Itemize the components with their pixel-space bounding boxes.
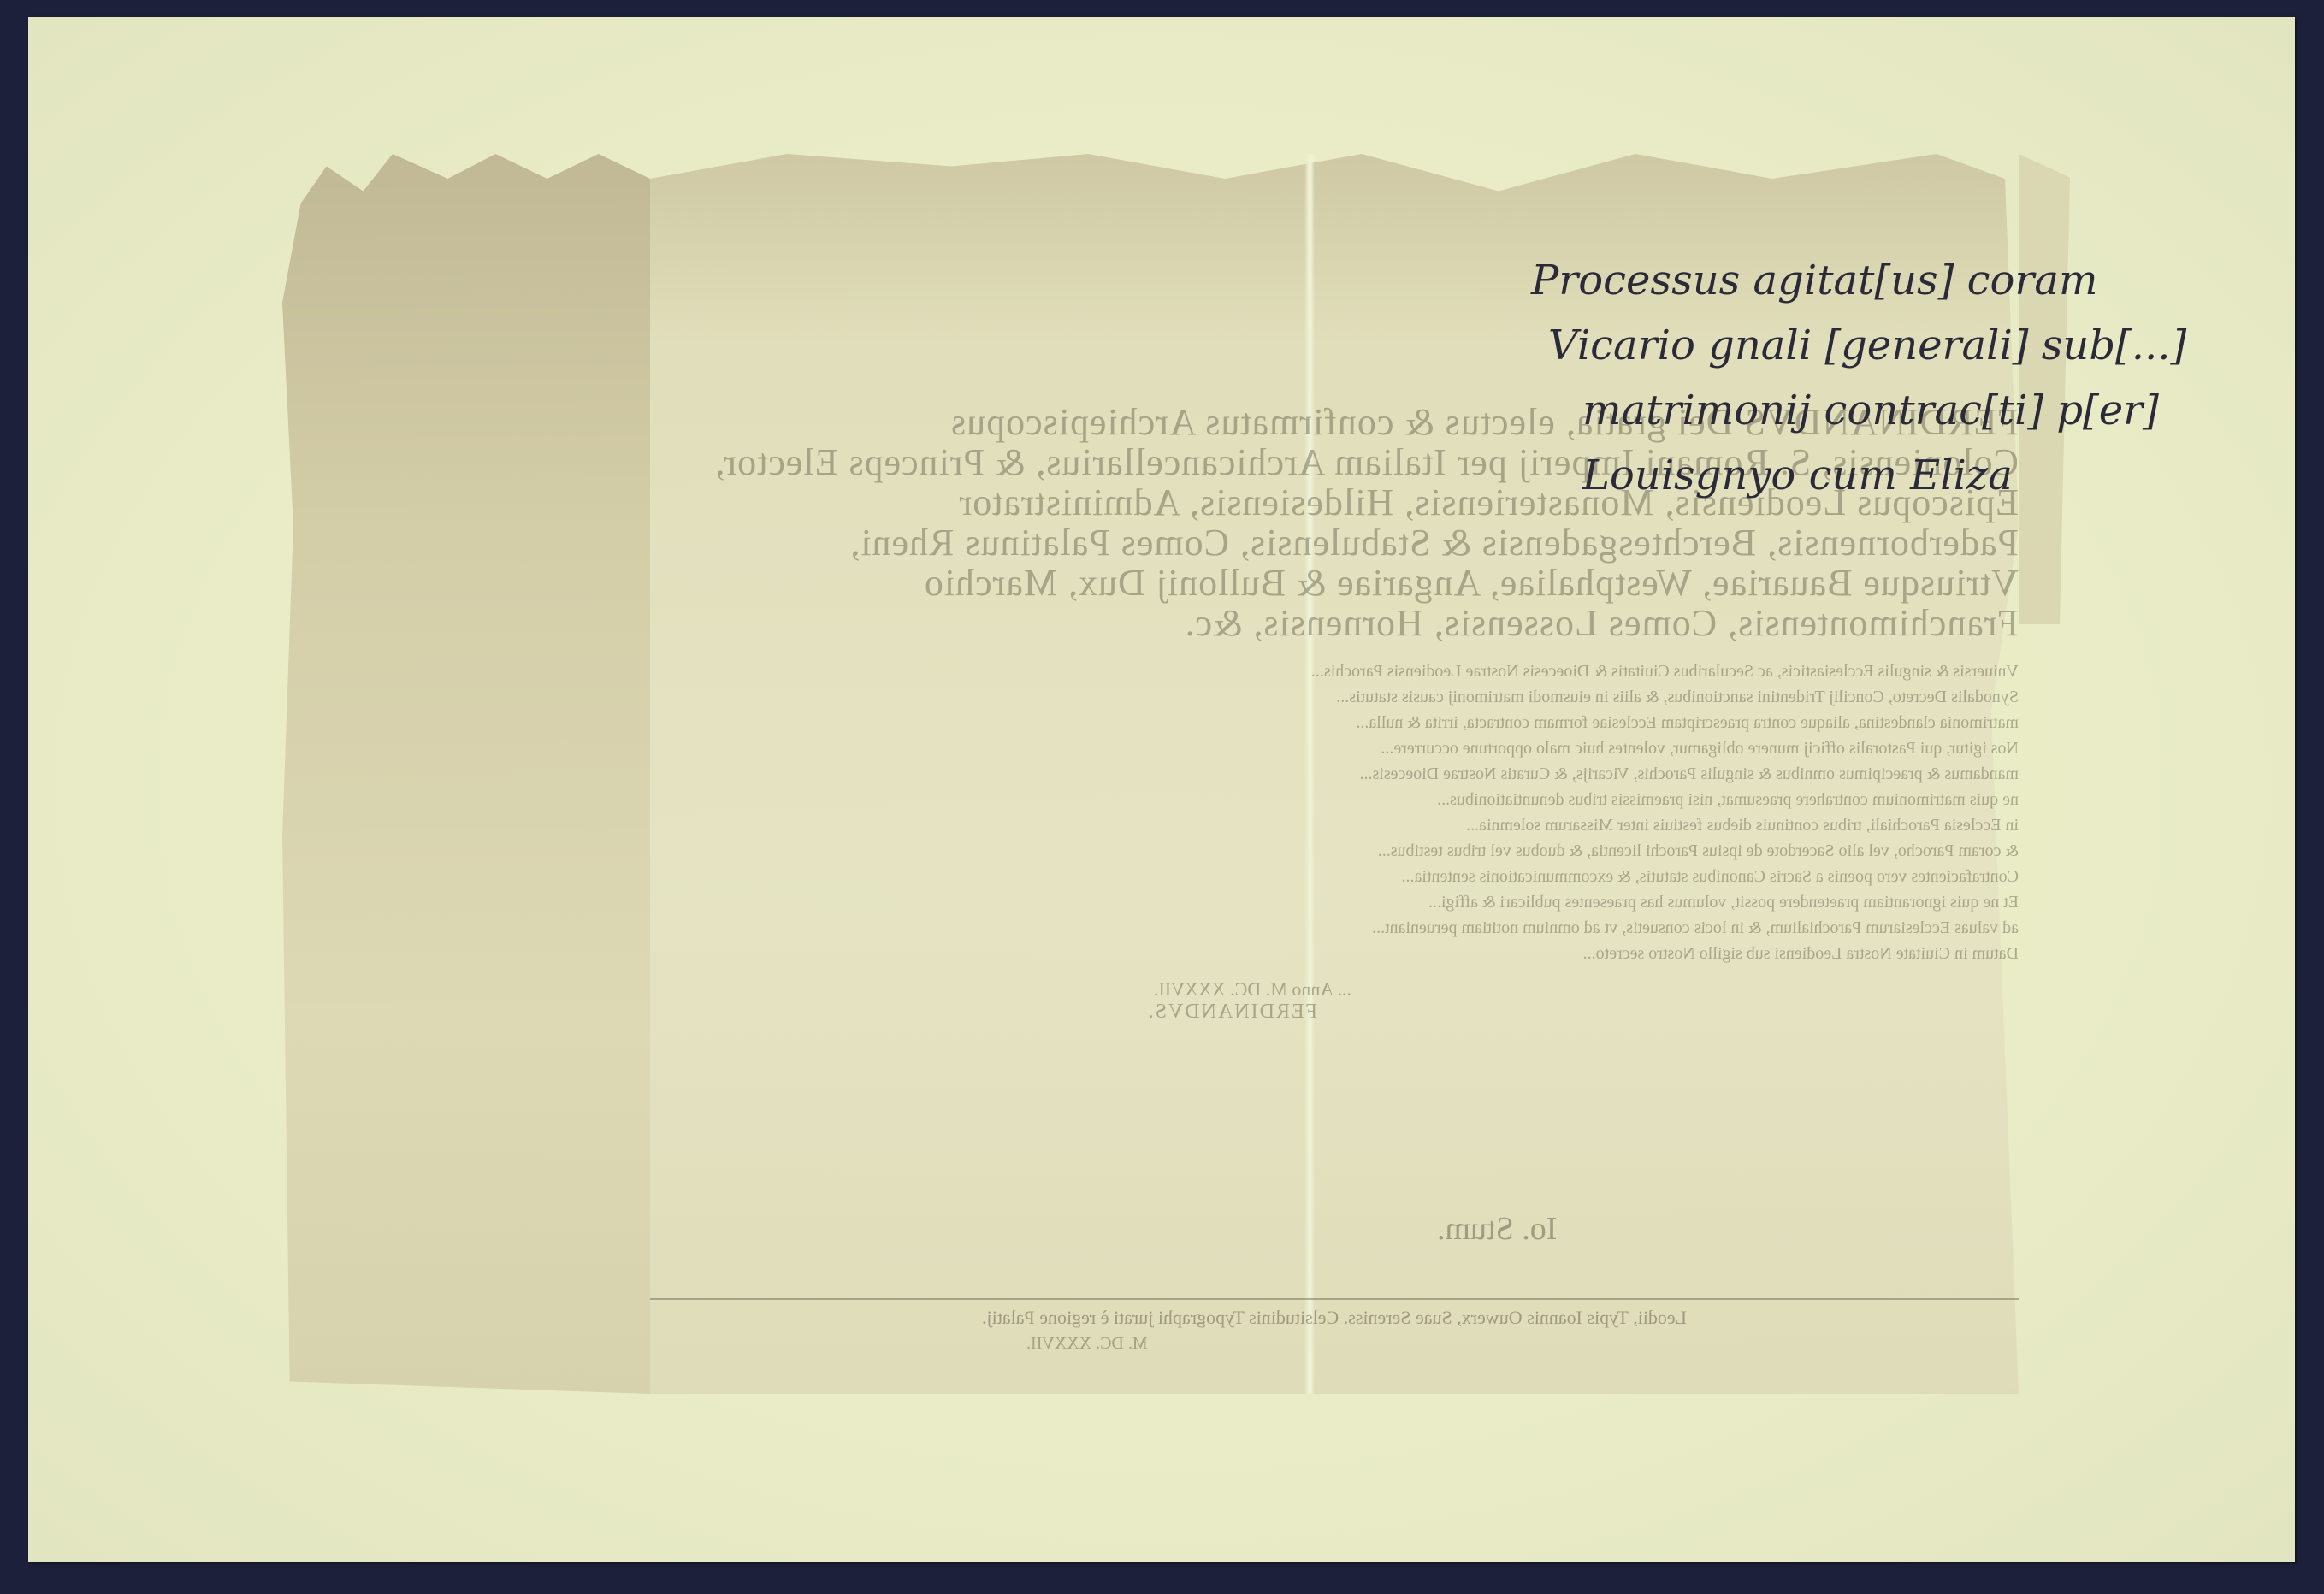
body-line: Vniuersis & singulis Ecclesiasticis, ac … bbox=[650, 658, 2019, 684]
body-line: in Ecclesia Parochiali, tribus continuis… bbox=[650, 812, 2019, 838]
heading-line: Paderbornensis, Berchtesgadensis & Stabu… bbox=[650, 522, 2019, 563]
body-line: ad valuas Ecclesiarum Parochialium, & in… bbox=[650, 915, 2019, 941]
handwritten-annotation: Processus agitat[us] coram Vicario gnali… bbox=[1531, 248, 2044, 508]
body-line: & coram Parocho, vel alio Sacerdote de i… bbox=[650, 838, 2019, 864]
body-line: Datum in Ciuitate Nostra Leodiensi sub s… bbox=[650, 941, 2019, 966]
body-line: Nos igitur, qui Pastoralis officij muner… bbox=[650, 735, 2019, 761]
body-line: Synodalis Decreto, Concilij Tridentini s… bbox=[650, 684, 2019, 710]
handwritten-line: Louisgnyo cum Eliza bbox=[1531, 443, 2044, 508]
body-line: mandamus & praecipimus omnibus & singuli… bbox=[650, 761, 2019, 787]
handwritten-line: matrimonij contrac[ti] p[er] bbox=[1531, 378, 2044, 443]
showthrough-signature: FERDINANDVS. bbox=[650, 1001, 2019, 1024]
printer-imprint: Leodii, Typis Ioannis Ouwerx, Suae Seren… bbox=[650, 1307, 2019, 1329]
imprint-year: M. DC. XXXVII. bbox=[1026, 1334, 1148, 1354]
heading-line: Franchimontensis, Comes Lossensis, Horne… bbox=[650, 603, 2019, 643]
body-line: Contrafacientes vero poenis a Sacris Can… bbox=[650, 864, 2019, 889]
showthrough-body: Vniuersis & singulis Ecclesiasticis, ac … bbox=[650, 658, 2019, 966]
paper-fragment-left bbox=[282, 154, 650, 1394]
body-line: Et ne quis ignorantiam praetendere possi… bbox=[650, 889, 2019, 915]
handwritten-line: Vicario gnali [generali] sub[...] bbox=[1531, 313, 2044, 378]
body-line: matrimonia clandestina, aliaque contra p… bbox=[650, 710, 2019, 735]
body-line: ne quis matrimonium contrahere praesumat… bbox=[650, 787, 2019, 812]
showthrough-countersignature: Io. Stum. bbox=[1437, 1210, 1557, 1248]
showthrough-date: ... Anno M. DC. XXXVII. bbox=[650, 978, 2019, 1001]
handwritten-line: Processus agitat[us] coram bbox=[1531, 248, 2044, 313]
heading-line: Vtriusque Bauariae, Westphaliae, Angaria… bbox=[650, 563, 2019, 603]
imprint-rule bbox=[650, 1298, 2019, 1300]
